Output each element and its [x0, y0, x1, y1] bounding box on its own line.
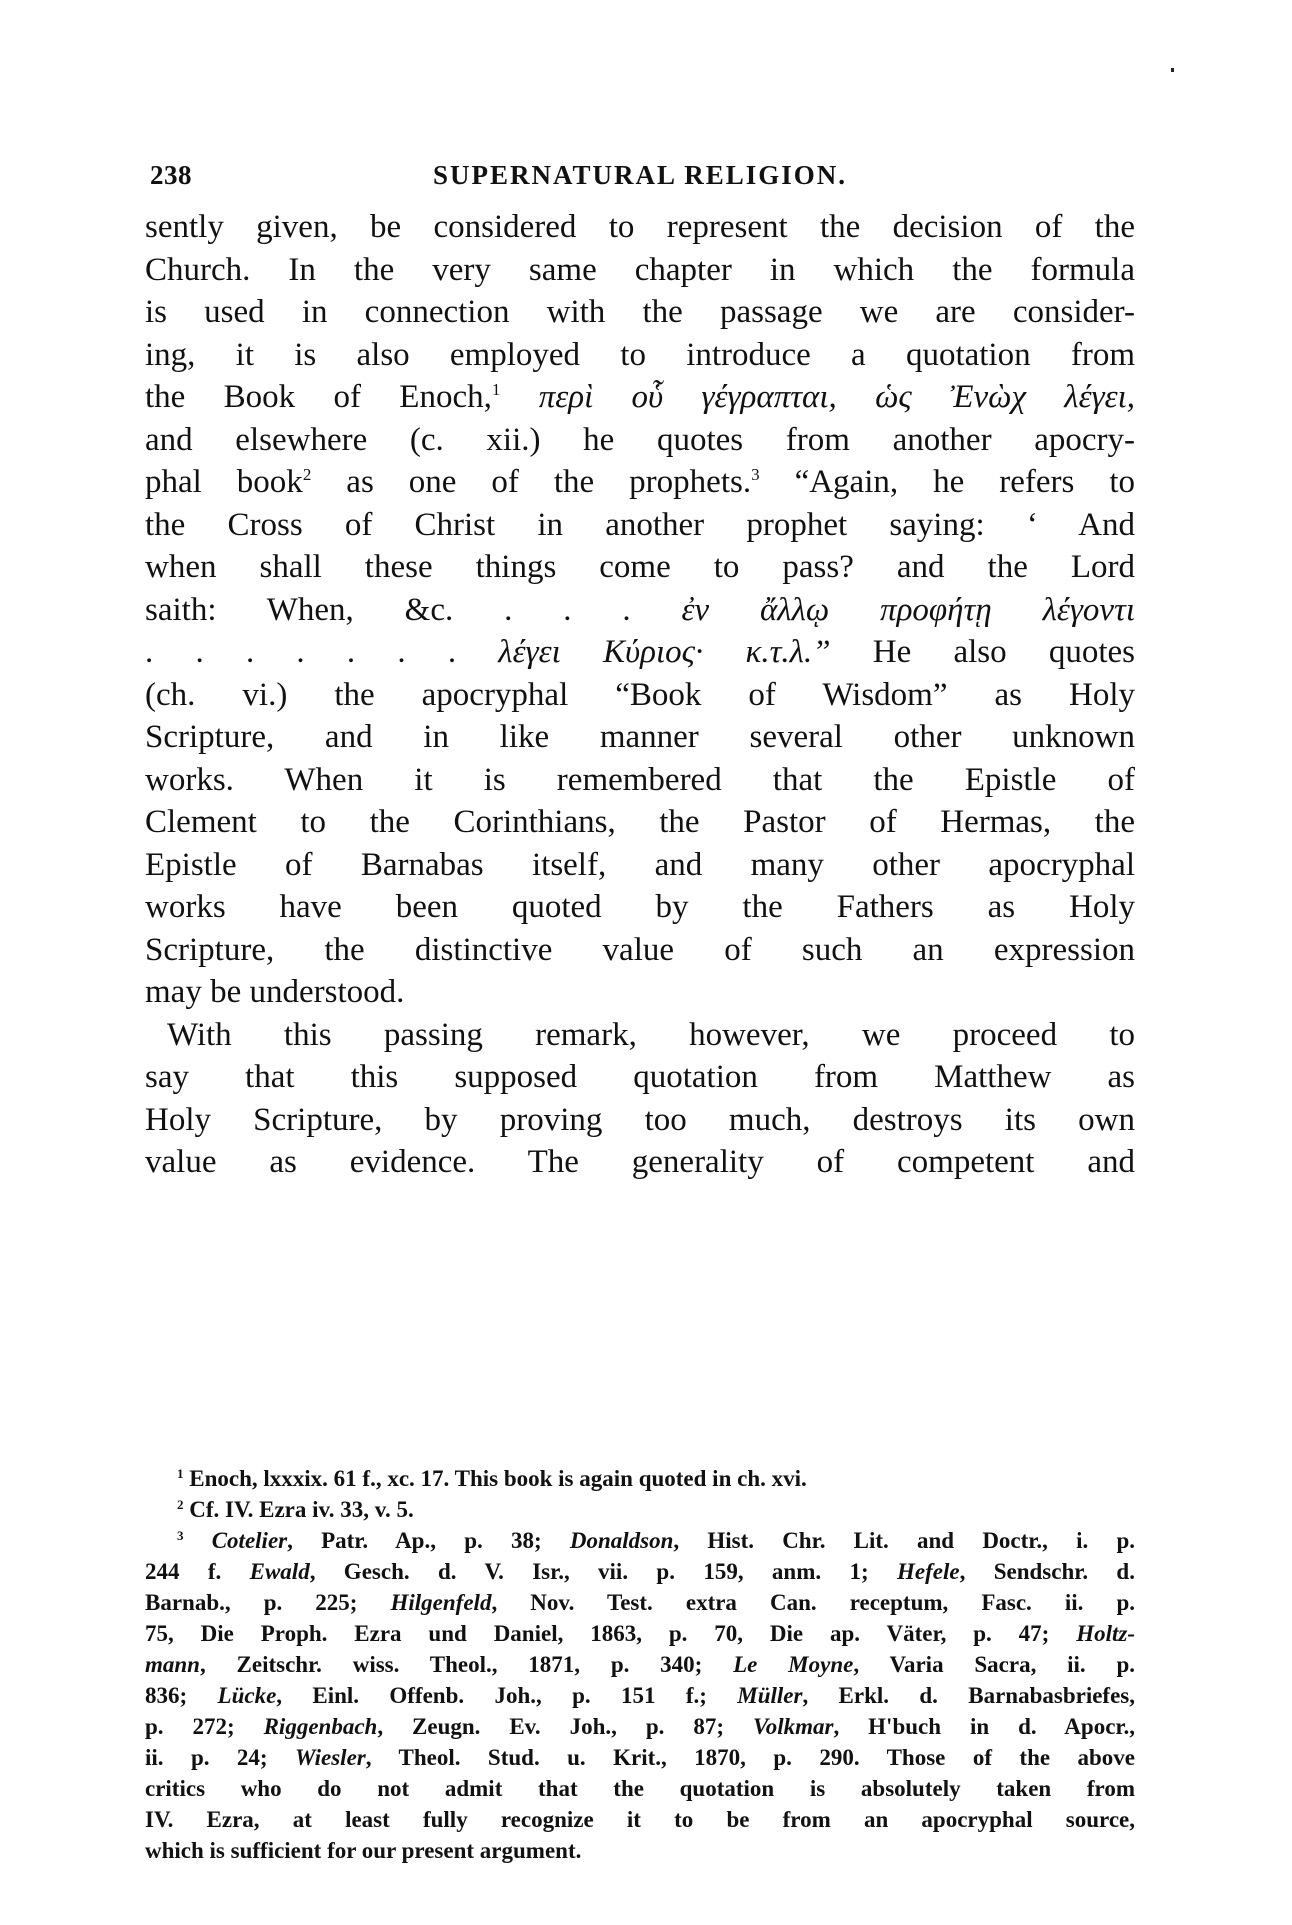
body-line: Clement to the Corinthians, the Pastor o… [145, 801, 1135, 844]
footnote-marker: 3 [177, 1528, 184, 1543]
footnote-text: , Einl. Offenb. Joh., p. 151 f.; [276, 1683, 737, 1708]
body-line: With this passing remark, however, we pr… [145, 1014, 1135, 1057]
running-title: SUPERNATURAL RELIGION. [145, 160, 1135, 191]
footnote-marker: 2 [177, 1497, 184, 1512]
footnote-text: 75, Die Proph. Ezra und Daniel, 1863, p.… [145, 1621, 1076, 1646]
footnote-3-line: 75, Die Proph. Ezra und Daniel, 1863, p.… [145, 1618, 1135, 1649]
footnote-text: , H'buch in d. Apocr., [833, 1714, 1135, 1739]
running-header: 238 SUPERNATURAL RELIGION. [145, 160, 1135, 200]
footnote-text: , Sendschr. d. [960, 1559, 1135, 1584]
body-line: Epistle of Barnabas itself, and many oth… [145, 844, 1135, 887]
footnote-text: , Hist. Chr. Lit. and Doctr., i. p. [673, 1528, 1135, 1553]
footnote-text: , Varia Sacra, ii. p. [853, 1652, 1135, 1677]
footnote-text: , Patr. Ap., p. 38; [287, 1528, 570, 1553]
footnote-text: , Theol. Stud. u. Krit., 1870, p. 290. T… [366, 1745, 1135, 1770]
body-line: ing, it is also employed to introduce a … [145, 334, 1135, 377]
body-line: and elsewhere (c. xii.) he quotes from a… [145, 419, 1135, 462]
body-line: works. When it is remembered that the Ep… [145, 759, 1135, 802]
body-line: sently given, be considered to represent… [145, 206, 1135, 249]
body-line: the Book of Enoch,1 περὶ οὗ γέγραπται, ὡ… [145, 376, 1135, 419]
footnote-text: ii. p. 24; [145, 1745, 295, 1770]
author-name: Hefele [897, 1559, 960, 1584]
author-name: Ewald [250, 1559, 310, 1584]
footnote-3-line: ii. p. 24; Wiesler, Theol. Stud. u. Krit… [145, 1742, 1135, 1773]
footnote-3-line: mann, Zeitschr. wiss. Theol., 1871, p. 3… [145, 1649, 1135, 1680]
footnote-marker: 1 [177, 1466, 184, 1481]
text-segment: He also quotes [831, 634, 1135, 670]
footnote-1: 1 Enoch, lxxxix. 61 f., xc. 17. This boo… [145, 1463, 1135, 1494]
body-line: when shall these things come to pass? an… [145, 546, 1135, 589]
author-name: Volkmar [753, 1714, 834, 1739]
author-name: Hilgenfeld [391, 1590, 492, 1615]
footnote-3-line: which is sufficient for our present argu… [145, 1835, 1135, 1866]
footnote-2: 2 Cf. IV. Ezra iv. 33, v. 5. [145, 1494, 1135, 1525]
body-line: may be understood. [145, 971, 1135, 1014]
footnote-3-line: 836; Lücke, Einl. Offenb. Joh., p. 151 f… [145, 1680, 1135, 1711]
greek-quotation: περὶ οὗ γέγραπται, ὡς Ἐνὼχ λέγει, [539, 379, 1135, 415]
footnote-ref-1[interactable]: 1 [492, 380, 501, 399]
footnote-text: , Nov. Test. extra Can. receptum, Fasc. … [491, 1590, 1135, 1615]
body-line: say that this supposed quotation from Ma… [145, 1056, 1135, 1099]
footnote-3-line: Barnab., p. 225; Hilgenfeld, Nov. Test. … [145, 1587, 1135, 1618]
body-line: Scripture, the distinctive value of such… [145, 929, 1135, 972]
text-segment: the Book of Enoch, [145, 379, 492, 415]
footnote-3-line: 244 f. Ewald, Gesch. d. V. Isr., vii. p.… [145, 1556, 1135, 1587]
footnote-text: 244 f. [145, 1559, 250, 1584]
body-line: phal book2 as one of the prophets.3 “Aga… [145, 461, 1135, 504]
body-line: Holy Scripture, by proving too much, des… [145, 1099, 1135, 1142]
scan-speck [1171, 68, 1174, 72]
body-line: works have been quoted by the Fathers as… [145, 886, 1135, 929]
footnote-text: , Gesch. d. V. Isr., vii. p. 159, anm. 1… [310, 1559, 897, 1584]
body-line: value as evidence. The generality of com… [145, 1141, 1135, 1184]
footnote-text: 836; [145, 1683, 218, 1708]
text-segment: as one of the prophets. [311, 464, 751, 500]
footnote-3-line: IV. Ezra, at least fully recognize it to… [145, 1804, 1135, 1835]
footnote-text: , Zeitschr. wiss. Theol., 1871, p. 340; [200, 1652, 733, 1677]
author-name: Wiesler [295, 1745, 366, 1770]
body-line: . . . . . . . λέγει Κύριος· κ.τ.λ.” He a… [145, 631, 1135, 674]
author-name: Müller [737, 1683, 802, 1708]
footnote-3: 3 Cotelier, Patr. Ap., p. 38; Donaldson,… [145, 1525, 1135, 1556]
footnote-ref-3[interactable]: 3 [751, 465, 760, 484]
footnote-text: p. 272; [145, 1714, 264, 1739]
body-line: (ch. vi.) the apocryphal “Book of Wisdom… [145, 674, 1135, 717]
footnote-text: Enoch, lxxxix. 61 f., xc. 17. This book … [189, 1466, 807, 1491]
author-name: Holtz- [1076, 1621, 1135, 1646]
text-segment: “Again, he refers to [760, 464, 1135, 500]
footnote-text: Cf. IV. Ezra iv. 33, v. 5. [189, 1497, 413, 1522]
author-name: Le Moyne [733, 1652, 853, 1677]
author-name: mann [145, 1652, 200, 1677]
author-name: Cotelier [212, 1528, 287, 1553]
greek-quotation: λέγει Κύριος· κ.τ.λ.” [498, 634, 830, 670]
body-line: Scripture, and in like manner several ot… [145, 716, 1135, 759]
footnote-text: Barnab., p. 225; [145, 1590, 391, 1615]
text-segment: saith: When, &c. . . . [145, 592, 631, 628]
greek-quotation: ἐν ἄλλῳ προφήτῃ λέγοντι [681, 592, 1135, 628]
author-name: Lücke [218, 1683, 277, 1708]
footnote-3-line: critics who do not admit that the quotat… [145, 1773, 1135, 1804]
text-segment: phal book [145, 464, 303, 500]
ellipsis-dots: . . . . . . . [145, 634, 456, 670]
body-line: Church. In the very same chapter in whic… [145, 249, 1135, 292]
footnote-text: , Zeugn. Ev. Joh., p. 87; [377, 1714, 753, 1739]
footnote-text: , Erkl. d. Barnabasbriefes, [802, 1683, 1135, 1708]
author-name: Riggenbach [264, 1714, 378, 1739]
body-text: sently given, be considered to represent… [145, 206, 1135, 1184]
body-line: the Cross of Christ in another prophet s… [145, 504, 1135, 547]
body-line: saith: When, &c. . . . ἐν ἄλλῳ προφήτῃ λ… [145, 589, 1135, 632]
author-name: Donaldson [570, 1528, 674, 1553]
footnote-3-line: p. 272; Riggenbach, Zeugn. Ev. Joh., p. … [145, 1711, 1135, 1742]
footnotes: 1 Enoch, lxxxix. 61 f., xc. 17. This boo… [145, 1463, 1135, 1866]
body-line: is used in connection with the passage w… [145, 291, 1135, 334]
